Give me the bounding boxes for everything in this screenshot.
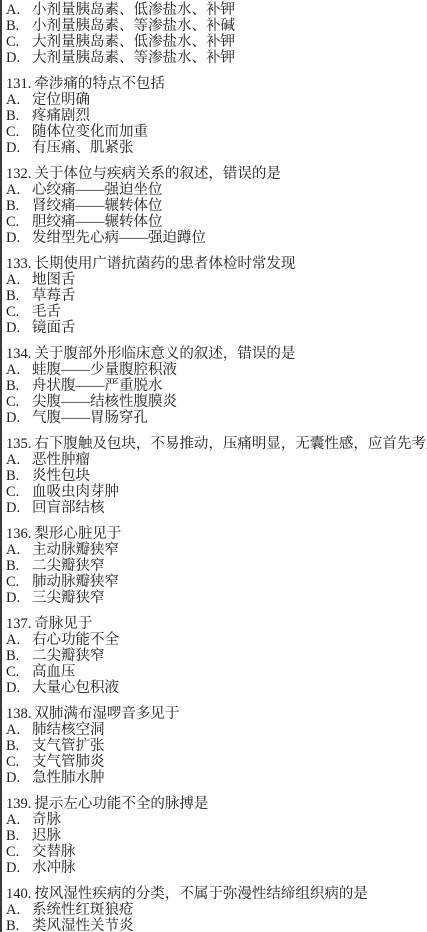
- option-text: 蛙腹——少量腹腔积液: [32, 362, 426, 378]
- option-row: B. 二尖瓣狭窄: [6, 558, 426, 574]
- option-row: A. 小剂量胰岛素、低渗盐水、补钾: [6, 2, 426, 18]
- option-letter: A.: [6, 272, 32, 288]
- question-stem-row: 132.关于体位与疾病关系的叙述，错误的是: [6, 166, 426, 182]
- question-block: 133.长期使用广谱抗菌药的患者体检时常发现 A. 地图舌 B. 草莓舌 C. …: [6, 256, 426, 336]
- question-number: 137.: [6, 616, 31, 632]
- option-text: 大量心包积液: [32, 680, 426, 696]
- option-letter: A.: [6, 722, 32, 738]
- option-text: 大剂量胰岛素、等渗盐水、补钾: [32, 50, 426, 66]
- option-row: D. 大剂量胰岛素、等渗盐水、补钾: [6, 50, 426, 66]
- question-stem-row: 137.奇脉见于: [6, 616, 426, 632]
- option-row: D. 气腹——胃肠穿孔: [6, 410, 426, 426]
- option-text: 定位明确: [32, 92, 426, 108]
- question-block: 135.右下腹触及包块，不易推动，压痛明显，无囊性感，应首先考虑 A. 恶性肿瘤…: [6, 436, 426, 516]
- option-text: 系统性红斑狼疮: [32, 902, 426, 918]
- option-row: B. 疼痛剧烈: [6, 108, 426, 124]
- option-text: 支气管肺炎: [32, 754, 426, 770]
- option-letter: A.: [6, 92, 32, 108]
- option-text: 二尖瓣狭窄: [32, 558, 426, 574]
- option-row: C. 支气管肺炎: [6, 754, 426, 770]
- question-block: 139.提示左心功能不全的脉搏是 A. 奇脉 B. 迟脉 C. 交替脉 D. 水…: [6, 796, 426, 876]
- question-stem: 关于腹部外形临床意义的叙述，错误的是: [34, 346, 295, 362]
- option-text: 大剂量胰岛素、低渗盐水、补钾: [32, 34, 426, 50]
- question-number: 133.: [6, 256, 31, 272]
- option-row: A. 系统性红斑狼疮: [6, 902, 426, 918]
- option-row: A. 蛙腹——少量腹腔积液: [6, 362, 426, 378]
- option-letter: D.: [6, 770, 32, 786]
- question-block: 134.关于腹部外形临床意义的叙述，错误的是 A. 蛙腹——少量腹腔积液 B. …: [6, 346, 426, 426]
- question-number: 132.: [6, 166, 31, 182]
- question-stem: 右下腹触及包块，不易推动，压痛明显，无囊性感，应首先考虑: [34, 436, 427, 452]
- option-letter: C.: [6, 574, 32, 590]
- option-text: 随体位变化而加重: [32, 124, 426, 140]
- question-block: A. 小剂量胰岛素、低渗盐水、补钾 B. 小剂量胰岛素、等渗盐水、补碱 C. 大…: [6, 2, 426, 66]
- option-row: B. 舟状腹——严重脱水: [6, 378, 426, 394]
- question-stem: 奇脉见于: [34, 616, 92, 632]
- option-text: 炎性包块: [32, 468, 426, 484]
- option-row: B. 草莓舌: [6, 288, 426, 304]
- option-text: 小剂量胰岛素、低渗盐水、补钾: [32, 2, 426, 18]
- option-row: B. 炎性包块: [6, 468, 426, 484]
- option-text: 镜面舌: [32, 320, 426, 336]
- option-text: 交替脉: [32, 844, 426, 860]
- option-text: 小剂量胰岛素、等渗盐水、补碱: [32, 18, 426, 34]
- option-letter: B.: [6, 828, 32, 844]
- option-letter: A.: [6, 902, 32, 918]
- option-text: 主动脉瓣狭窄: [32, 542, 426, 558]
- option-row: A. 定位明确: [6, 92, 426, 108]
- question-stem: 梨形心脏见于: [34, 526, 121, 542]
- option-text: 支气管扩张: [32, 738, 426, 754]
- option-row: D. 急性肺水肿: [6, 770, 426, 786]
- option-letter: C.: [6, 394, 32, 410]
- question-stem: 按风湿性疾病的分类，不属于弥漫性结缔组织病的是: [34, 886, 368, 902]
- option-letter: A.: [6, 2, 32, 18]
- option-letter: D.: [6, 590, 32, 606]
- option-letter: A.: [6, 632, 32, 648]
- option-letter: A.: [6, 362, 32, 378]
- option-row: D. 发绀型先心病——强迫蹲位: [6, 230, 426, 246]
- option-row: A. 肺结核空洞: [6, 722, 426, 738]
- question-number: 135.: [6, 436, 31, 452]
- option-letter: A.: [6, 452, 32, 468]
- option-text: 迟脉: [32, 828, 426, 844]
- option-letter: B.: [6, 468, 32, 484]
- question-number: 134.: [6, 346, 31, 362]
- option-letter: C.: [6, 124, 32, 140]
- option-row: B. 肾绞痛——辗转体位: [6, 198, 426, 214]
- option-row: C. 毛舌: [6, 304, 426, 320]
- option-text: 胆绞痛——辗转体位: [32, 214, 426, 230]
- option-row: D. 回盲部结核: [6, 500, 426, 516]
- exam-question-sheet: A. 小剂量胰岛素、低渗盐水、补钾 B. 小剂量胰岛素、等渗盐水、补碱 C. 大…: [0, 0, 427, 932]
- option-text: 回盲部结核: [32, 500, 426, 516]
- option-letter: C.: [6, 34, 32, 50]
- question-block: 131.牵涉痛的特点不包括 A. 定位明确 B. 疼痛剧烈 C. 随体位变化而加…: [6, 76, 426, 156]
- option-row: B. 二尖瓣狭窄: [6, 648, 426, 664]
- option-text: 二尖瓣狭窄: [32, 648, 426, 664]
- question-stem-row: 133.长期使用广谱抗菌药的患者体检时常发现: [6, 256, 426, 272]
- option-letter: C.: [6, 844, 32, 860]
- option-row: A. 奇脉: [6, 812, 426, 828]
- option-row: D. 水冲脉: [6, 860, 426, 876]
- question-number: 136.: [6, 526, 31, 542]
- question-number: 139.: [6, 796, 31, 812]
- option-letter: C.: [6, 214, 32, 230]
- option-text: 发绀型先心病——强迫蹲位: [32, 230, 426, 246]
- option-row: A. 地图舌: [6, 272, 426, 288]
- question-stem-row: 138.双肺满布湿啰音多见于: [6, 706, 426, 722]
- option-row: B. 小剂量胰岛素、等渗盐水、补碱: [6, 18, 426, 34]
- option-text: 气腹——胃肠穿孔: [32, 410, 426, 426]
- option-letter: A.: [6, 812, 32, 828]
- option-letter: D.: [6, 140, 32, 156]
- option-text: 奇脉: [32, 812, 426, 828]
- option-text: 右心功能不全: [32, 632, 426, 648]
- question-block: 140.按风湿性疾病的分类，不属于弥漫性结缔组织病的是 A. 系统性红斑狼疮 B…: [6, 886, 426, 932]
- option-text: 高血压: [32, 664, 426, 680]
- option-letter: D.: [6, 230, 32, 246]
- option-row: D. 有压痛、肌紧张: [6, 140, 426, 156]
- option-text: 有压痛、肌紧张: [32, 140, 426, 156]
- option-letter: D.: [6, 680, 32, 696]
- question-block: 137.奇脉见于 A. 右心功能不全 B. 二尖瓣狭窄 C. 高血压 D. 大量…: [6, 616, 426, 696]
- question-stem: 长期使用广谱抗菌药的患者体检时常发现: [34, 256, 295, 272]
- option-letter: B.: [6, 648, 32, 664]
- option-letter: C.: [6, 754, 32, 770]
- option-letter: B.: [6, 198, 32, 214]
- option-row: D. 大量心包积液: [6, 680, 426, 696]
- question-stem: 双肺满布湿啰音多见于: [34, 706, 179, 722]
- question-stem: 牵涉痛的特点不包括: [34, 76, 165, 92]
- option-row: A. 右心功能不全: [6, 632, 426, 648]
- option-text: 三尖瓣狭窄: [32, 590, 426, 606]
- question-stem-row: 136.梨形心脏见于: [6, 526, 426, 542]
- option-letter: A.: [6, 182, 32, 198]
- question-number: 140.: [6, 886, 31, 902]
- question-stem: 关于体位与疾病关系的叙述，错误的是: [34, 166, 281, 182]
- option-letter: C.: [6, 304, 32, 320]
- option-row: A. 主动脉瓣狭窄: [6, 542, 426, 558]
- option-letter: B.: [6, 18, 32, 34]
- question-stem-row: 131.牵涉痛的特点不包括: [6, 76, 426, 92]
- option-letter: D.: [6, 410, 32, 426]
- option-letter: A.: [6, 542, 32, 558]
- option-row: C. 大剂量胰岛素、低渗盐水、补钾: [6, 34, 426, 50]
- option-row: B. 类风湿性关节炎: [6, 918, 426, 932]
- option-text: 肾绞痛——辗转体位: [32, 198, 426, 214]
- option-text: 尖腹——结核性腹膜炎: [32, 394, 426, 410]
- option-letter: B.: [6, 288, 32, 304]
- option-letter: D.: [6, 500, 32, 516]
- option-row: C. 随体位变化而加重: [6, 124, 426, 140]
- option-text: 急性肺水肿: [32, 770, 426, 786]
- option-text: 类风湿性关节炎: [32, 918, 426, 932]
- option-row: A. 心绞痛——强迫坐位: [6, 182, 426, 198]
- option-letter: B.: [6, 558, 32, 574]
- option-letter: D.: [6, 320, 32, 336]
- question-block: 136.梨形心脏见于 A. 主动脉瓣狭窄 B. 二尖瓣狭窄 C. 肺动脉瓣狭窄 …: [6, 526, 426, 606]
- option-text: 毛舌: [32, 304, 426, 320]
- option-letter: B.: [6, 108, 32, 124]
- option-row: C. 高血压: [6, 664, 426, 680]
- option-text: 舟状腹——严重脱水: [32, 378, 426, 394]
- option-row: C. 血吸虫肉芽肿: [6, 484, 426, 500]
- question-block: 138.双肺满布湿啰音多见于 A. 肺结核空洞 B. 支气管扩张 C. 支气管肺…: [6, 706, 426, 786]
- question-stem-row: 134.关于腹部外形临床意义的叙述，错误的是: [6, 346, 426, 362]
- option-text: 地图舌: [32, 272, 426, 288]
- option-text: 肺动脉瓣狭窄: [32, 574, 426, 590]
- question-stem-row: 135.右下腹触及包块，不易推动，压痛明显，无囊性感，应首先考虑: [6, 436, 426, 452]
- option-row: B. 支气管扩张: [6, 738, 426, 754]
- option-letter: B.: [6, 738, 32, 754]
- question-stem: 提示左心功能不全的脉搏是: [34, 796, 208, 812]
- question-number: 138.: [6, 706, 31, 722]
- option-text: 心绞痛——强迫坐位: [32, 182, 426, 198]
- option-letter: D.: [6, 860, 32, 876]
- option-row: D. 镜面舌: [6, 320, 426, 336]
- option-letter: D.: [6, 50, 32, 66]
- option-letter: C.: [6, 484, 32, 500]
- option-row: A. 恶性肿瘤: [6, 452, 426, 468]
- option-row: C. 胆绞痛——辗转体位: [6, 214, 426, 230]
- question-block: 132.关于体位与疾病关系的叙述，错误的是 A. 心绞痛——强迫坐位 B. 肾绞…: [6, 166, 426, 246]
- option-row: B. 迟脉: [6, 828, 426, 844]
- question-stem-row: 139.提示左心功能不全的脉搏是: [6, 796, 426, 812]
- option-row: C. 交替脉: [6, 844, 426, 860]
- option-text: 肺结核空洞: [32, 722, 426, 738]
- question-stem-row: 140.按风湿性疾病的分类，不属于弥漫性结缔组织病的是: [6, 886, 426, 902]
- option-letter: B.: [6, 918, 32, 932]
- option-text: 草莓舌: [32, 288, 426, 304]
- option-row: C. 尖腹——结核性腹膜炎: [6, 394, 426, 410]
- option-text: 血吸虫肉芽肿: [32, 484, 426, 500]
- option-text: 恶性肿瘤: [32, 452, 426, 468]
- question-number: 131.: [6, 76, 31, 92]
- option-row: C. 肺动脉瓣狭窄: [6, 574, 426, 590]
- option-text: 疼痛剧烈: [32, 108, 426, 124]
- option-row: D. 三尖瓣狭窄: [6, 590, 426, 606]
- option-letter: B.: [6, 378, 32, 394]
- option-text: 水冲脉: [32, 860, 426, 876]
- option-letter: C.: [6, 664, 32, 680]
